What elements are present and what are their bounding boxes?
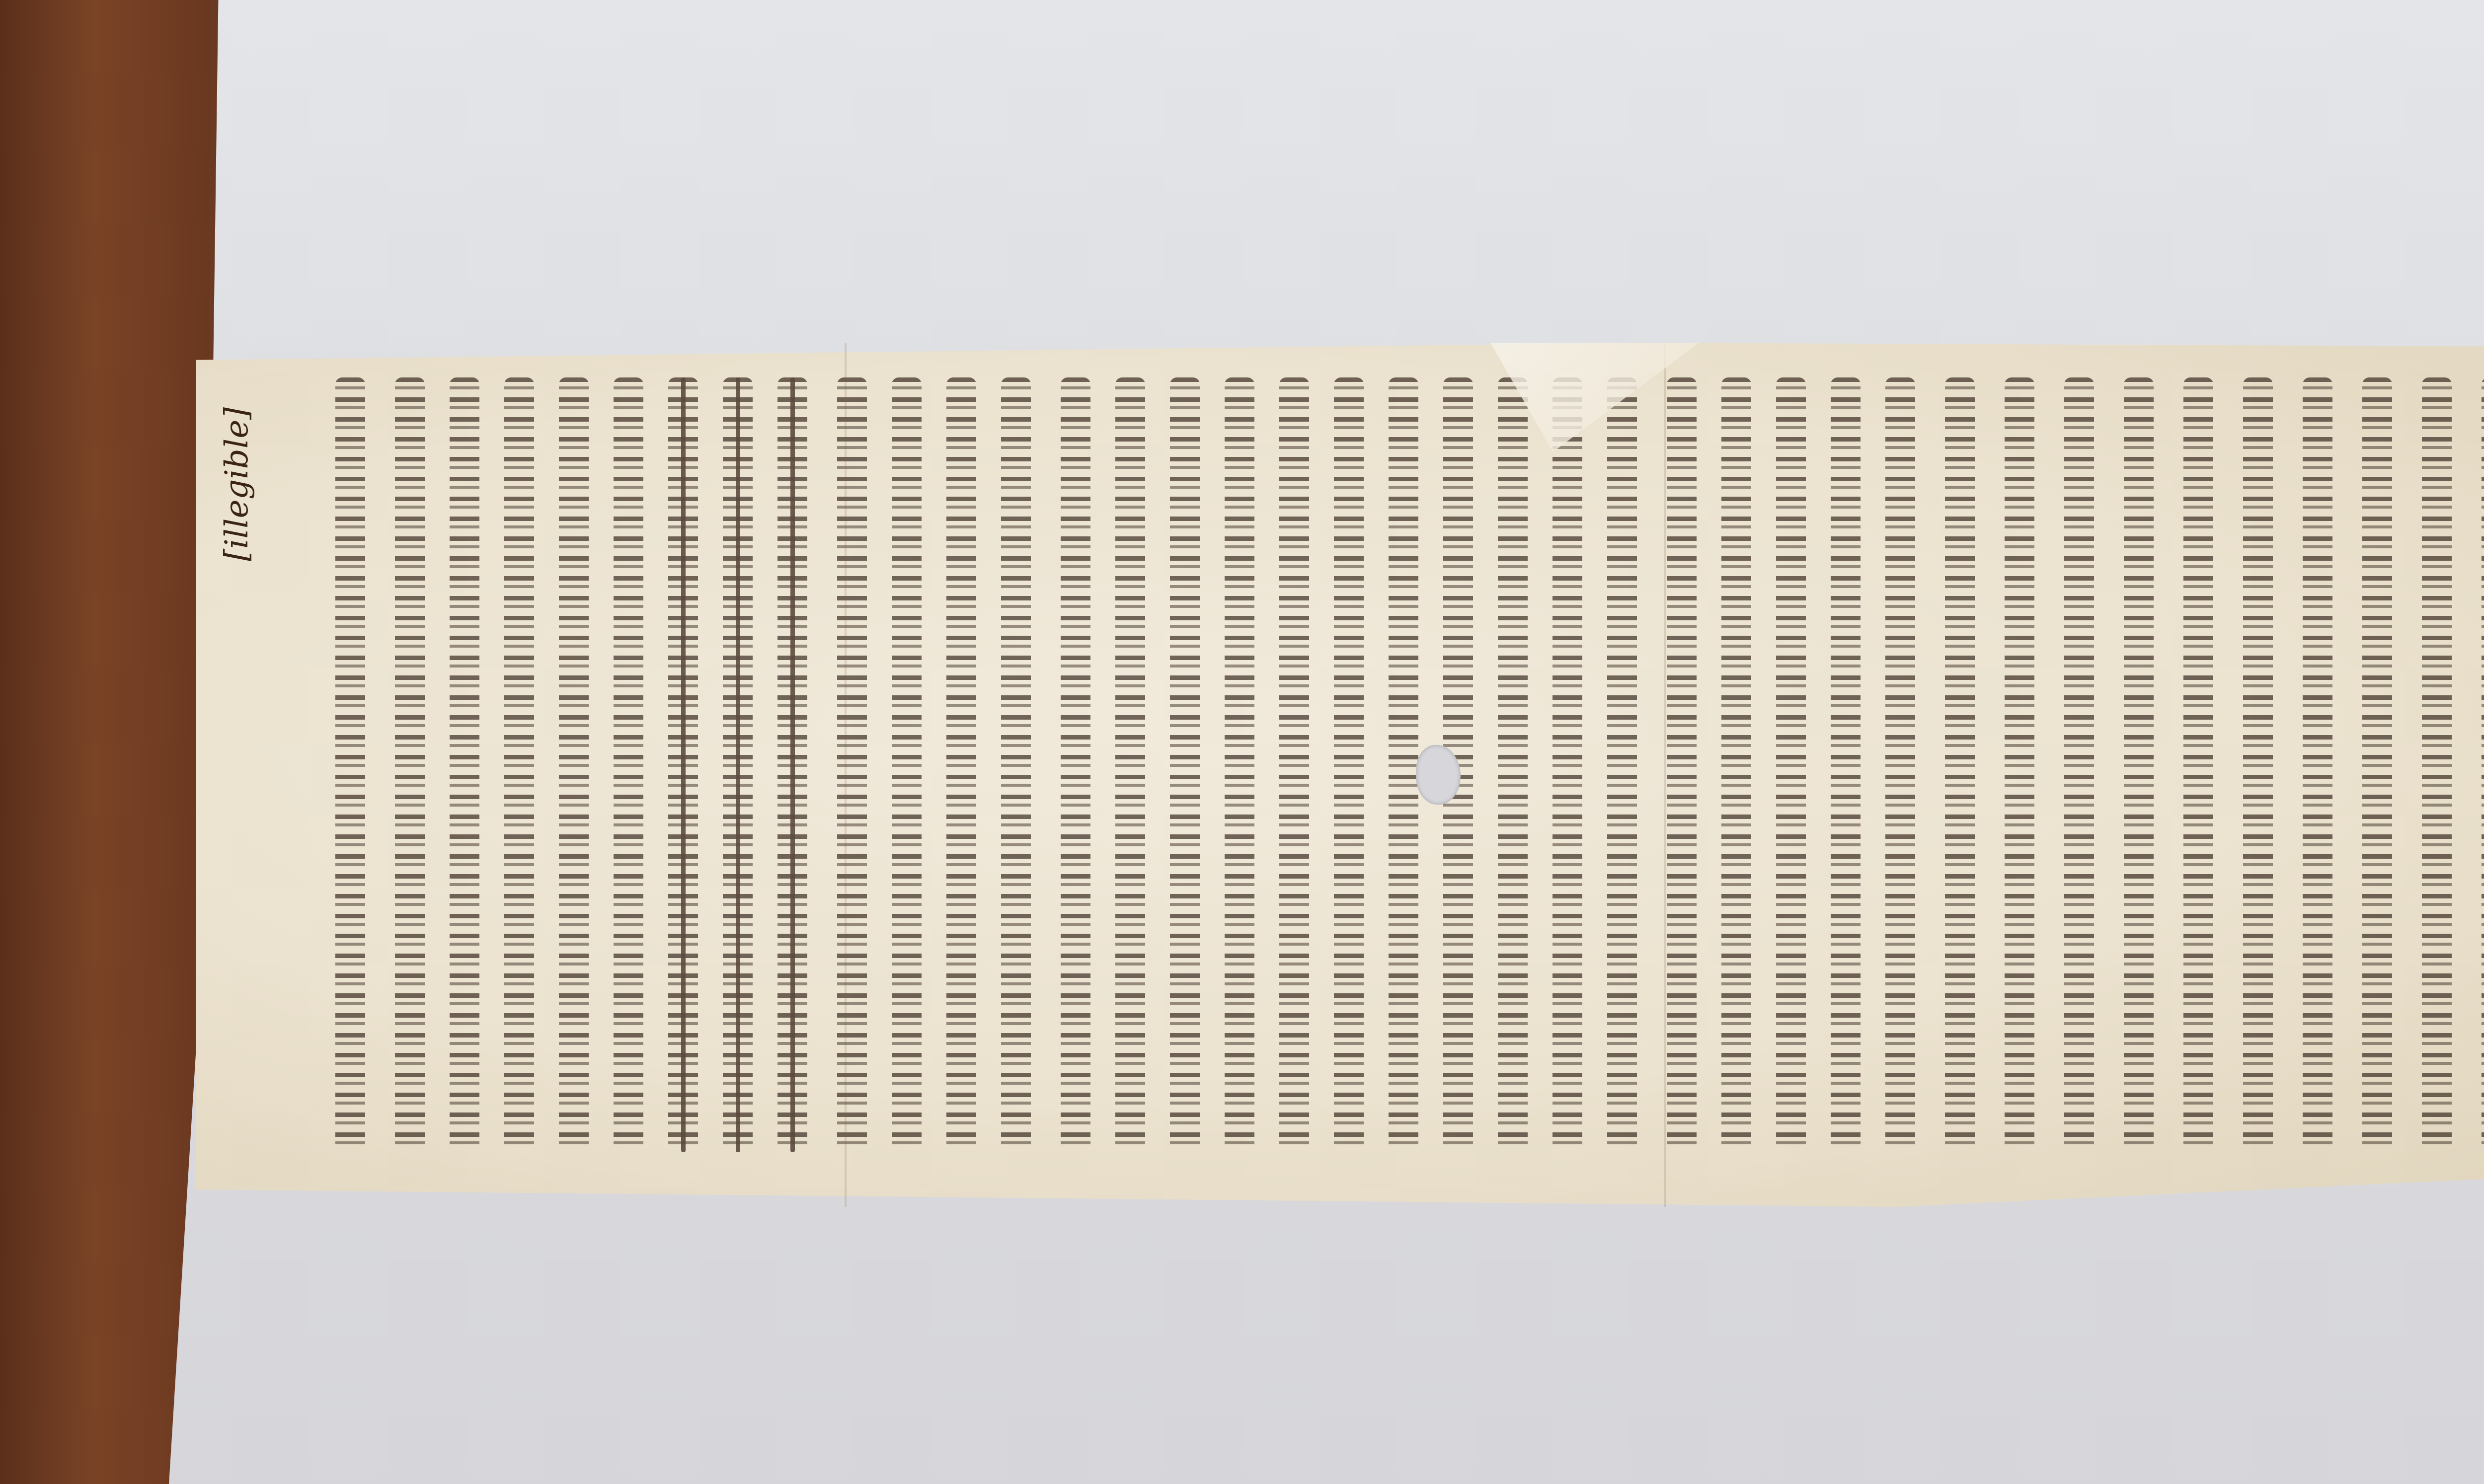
ink-line — [2303, 377, 2332, 1152]
ink-line — [1389, 377, 1418, 1152]
ink-line — [837, 377, 867, 1152]
ink-line — [2183, 377, 2213, 1152]
ink-line — [1498, 377, 1528, 1152]
ink-line — [559, 377, 589, 1152]
ink-line — [1607, 377, 1637, 1152]
ink-line — [946, 377, 976, 1152]
ink-line — [1721, 377, 1751, 1152]
ink-line — [2064, 377, 2094, 1152]
ink-line — [2124, 377, 2154, 1152]
fold-crease — [845, 343, 847, 1207]
ink-line — [1776, 377, 1806, 1152]
ink-line — [335, 377, 365, 1152]
ink-line — [614, 377, 643, 1152]
ink-line — [1115, 377, 1145, 1152]
ink-line — [1225, 377, 1254, 1152]
ink-line — [1552, 377, 1582, 1152]
ink-line — [2482, 377, 2484, 1152]
ink-line — [450, 377, 479, 1152]
paper-hole — [1416, 745, 1461, 805]
ink-line — [2362, 377, 2392, 1152]
ink-line — [1831, 377, 1861, 1152]
ink-line — [1279, 377, 1309, 1152]
manuscript-page — [196, 343, 2484, 1207]
struck-ink-line — [723, 377, 753, 1152]
ink-line — [2243, 377, 2273, 1152]
ink-line — [1001, 377, 1031, 1152]
fold-crease — [1664, 343, 1666, 1207]
ink-line — [395, 377, 425, 1152]
ink-line — [1945, 377, 1975, 1152]
ink-line — [1170, 377, 1200, 1152]
handwritten-lines — [196, 343, 2484, 1207]
ink-line — [1334, 377, 1364, 1152]
struck-ink-line — [668, 377, 698, 1152]
wooden-surface — [0, 0, 209, 1484]
ink-line — [1667, 377, 1697, 1152]
corner-mark: [illegible] — [219, 407, 255, 561]
ink-line — [1061, 377, 1090, 1152]
ink-line — [892, 377, 922, 1152]
struck-ink-line — [777, 377, 807, 1152]
ink-line — [1885, 377, 1915, 1152]
ink-line — [2005, 377, 2034, 1152]
ink-line — [2422, 377, 2452, 1152]
ink-line — [504, 377, 534, 1152]
